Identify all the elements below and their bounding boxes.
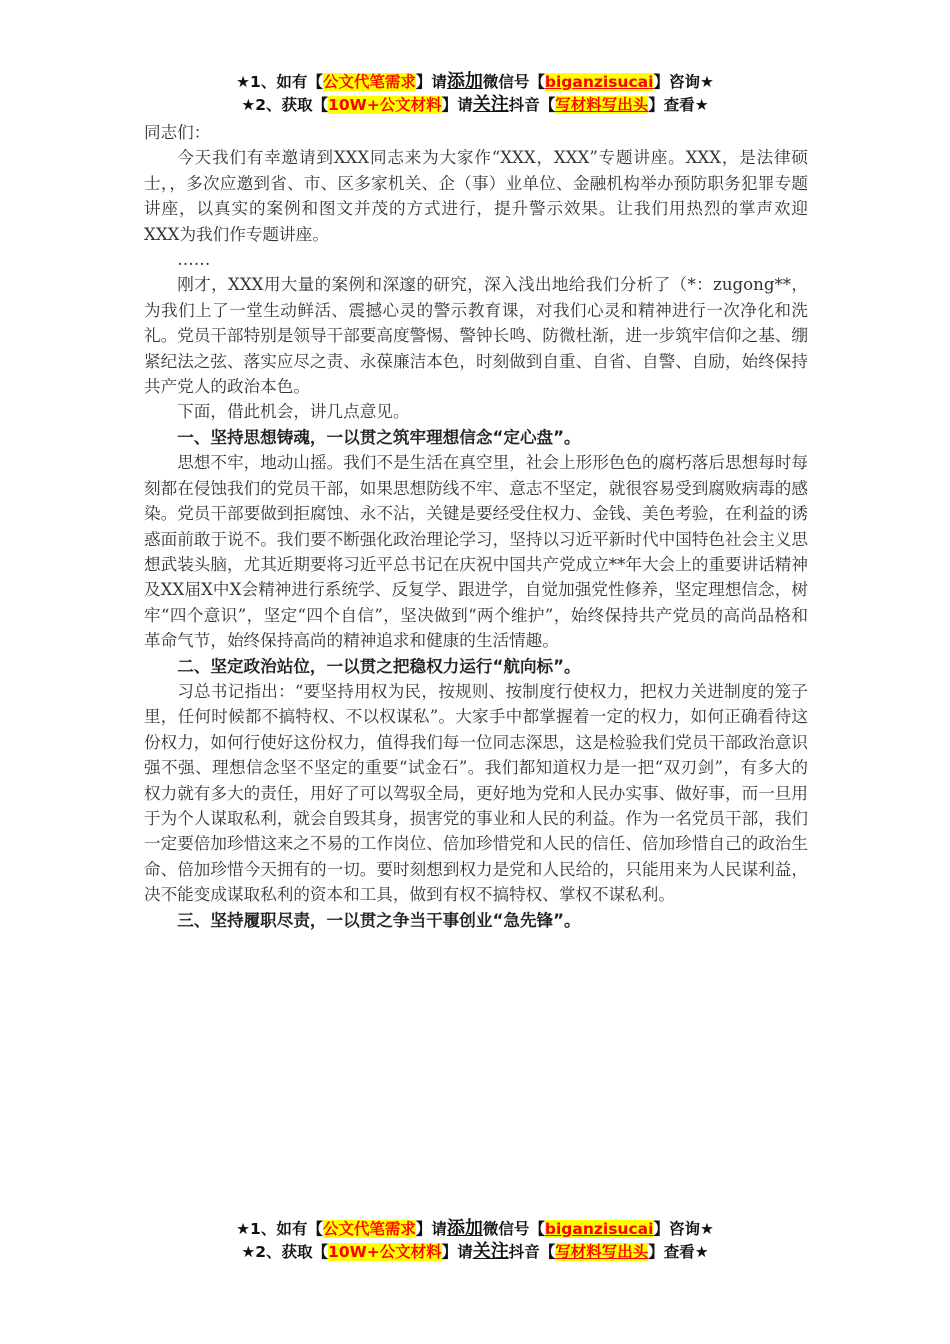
promo-wechat-id[interactable]: biganzisucai — [545, 73, 654, 91]
promo-highlight-service: 公文代笔需求 — [323, 1220, 416, 1238]
promo-highlight-materials: 10W+公文材料 — [328, 1243, 442, 1261]
paragraph-intro: 今天我们有幸邀请到XXX同志来为大家作“XXX，XXX”专题讲座。XXX，是法律… — [144, 145, 808, 247]
promo-line-2: ★2、获取【10W+公文材料】请关注抖音【写材料写出头】查看★ — [0, 93, 950, 116]
paragraph-summary: 刚才，XXX用大量的案例和深邃的研究，深入浅出地给我们分析了（*：zugong*… — [144, 272, 808, 399]
promo-highlight-materials: 10W+公文材料 — [328, 96, 442, 114]
promo-douyin-account[interactable]: 写材料写出头 — [555, 96, 648, 114]
promo-line-1: ★1、如有【公文代笔需求】请添加微信号【biganzisucai】咨询★ — [0, 70, 950, 93]
promo-text: 】请 — [416, 73, 447, 91]
section-body-2: 习总书记指出：“要坚持用权为民，按规则、按制度行使权力，把权力关进制度的笼子里，… — [144, 679, 808, 908]
promo-banner-bottom: ★1、如有【公文代笔需求】请添加微信号【biganzisucai】咨询★ ★2、… — [0, 1217, 950, 1263]
promo-wechat-id[interactable]: biganzisucai — [545, 1220, 654, 1238]
document-body: 同志们： 今天我们有幸邀请到XXX同志来为大家作“XXX，XXX”专题讲座。XX… — [144, 120, 808, 933]
salutation: 同志们： — [144, 120, 808, 145]
promo-emphasis-follow: 关注 — [473, 94, 509, 115]
promo-text: ★2、获取【 — [241, 96, 328, 114]
paragraph-transition: 下面，借此机会，讲几点意见。 — [144, 399, 808, 424]
promo-line-2: ★2、获取【10W+公文材料】请关注抖音【写材料写出头】查看★ — [0, 1240, 950, 1263]
promo-text: ★1、如有【 — [236, 1220, 323, 1238]
section-heading-2: 二、坚定政治站位，一以贯之把稳权力运行“航向标”。 — [144, 654, 808, 679]
paragraph-ellipsis: …… — [144, 247, 808, 272]
promo-text: 抖音【 — [509, 1243, 556, 1261]
promo-text: 】请 — [442, 96, 473, 114]
promo-text: 】请 — [416, 1220, 447, 1238]
promo-douyin-account[interactable]: 写材料写出头 — [555, 1243, 648, 1261]
promo-text: 】请 — [442, 1243, 473, 1261]
promo-text: 微信号【 — [483, 1220, 545, 1238]
promo-text: 】查看★ — [648, 96, 708, 114]
promo-text: 】咨询★ — [653, 1220, 713, 1238]
promo-banner-top: ★1、如有【公文代笔需求】请添加微信号【biganzisucai】咨询★ ★2、… — [0, 70, 950, 116]
promo-line-1: ★1、如有【公文代笔需求】请添加微信号【biganzisucai】咨询★ — [0, 1217, 950, 1240]
promo-text: ★1、如有【 — [236, 73, 323, 91]
promo-emphasis-add: 添加 — [447, 1218, 483, 1239]
promo-text: ★2、获取【 — [241, 1243, 328, 1261]
promo-text: 微信号【 — [483, 73, 545, 91]
promo-text: 】查看★ — [648, 1243, 708, 1261]
promo-emphasis-follow: 关注 — [473, 1241, 509, 1262]
promo-highlight-service: 公文代笔需求 — [323, 73, 416, 91]
promo-text: 】咨询★ — [653, 73, 713, 91]
section-heading-1: 一、坚持思想铸魂，一以贯之筑牢理想信念“定心盘”。 — [144, 425, 808, 450]
promo-text: 抖音【 — [509, 96, 556, 114]
section-heading-3: 三、坚持履职尽责，一以贯之争当干事创业“急先锋”。 — [144, 908, 808, 933]
promo-emphasis-add: 添加 — [447, 71, 483, 92]
section-body-1: 思想不牢，地动山摇。我们不是生活在真空里，社会上形形色色的腐朽落后思想每时每刻都… — [144, 450, 808, 653]
